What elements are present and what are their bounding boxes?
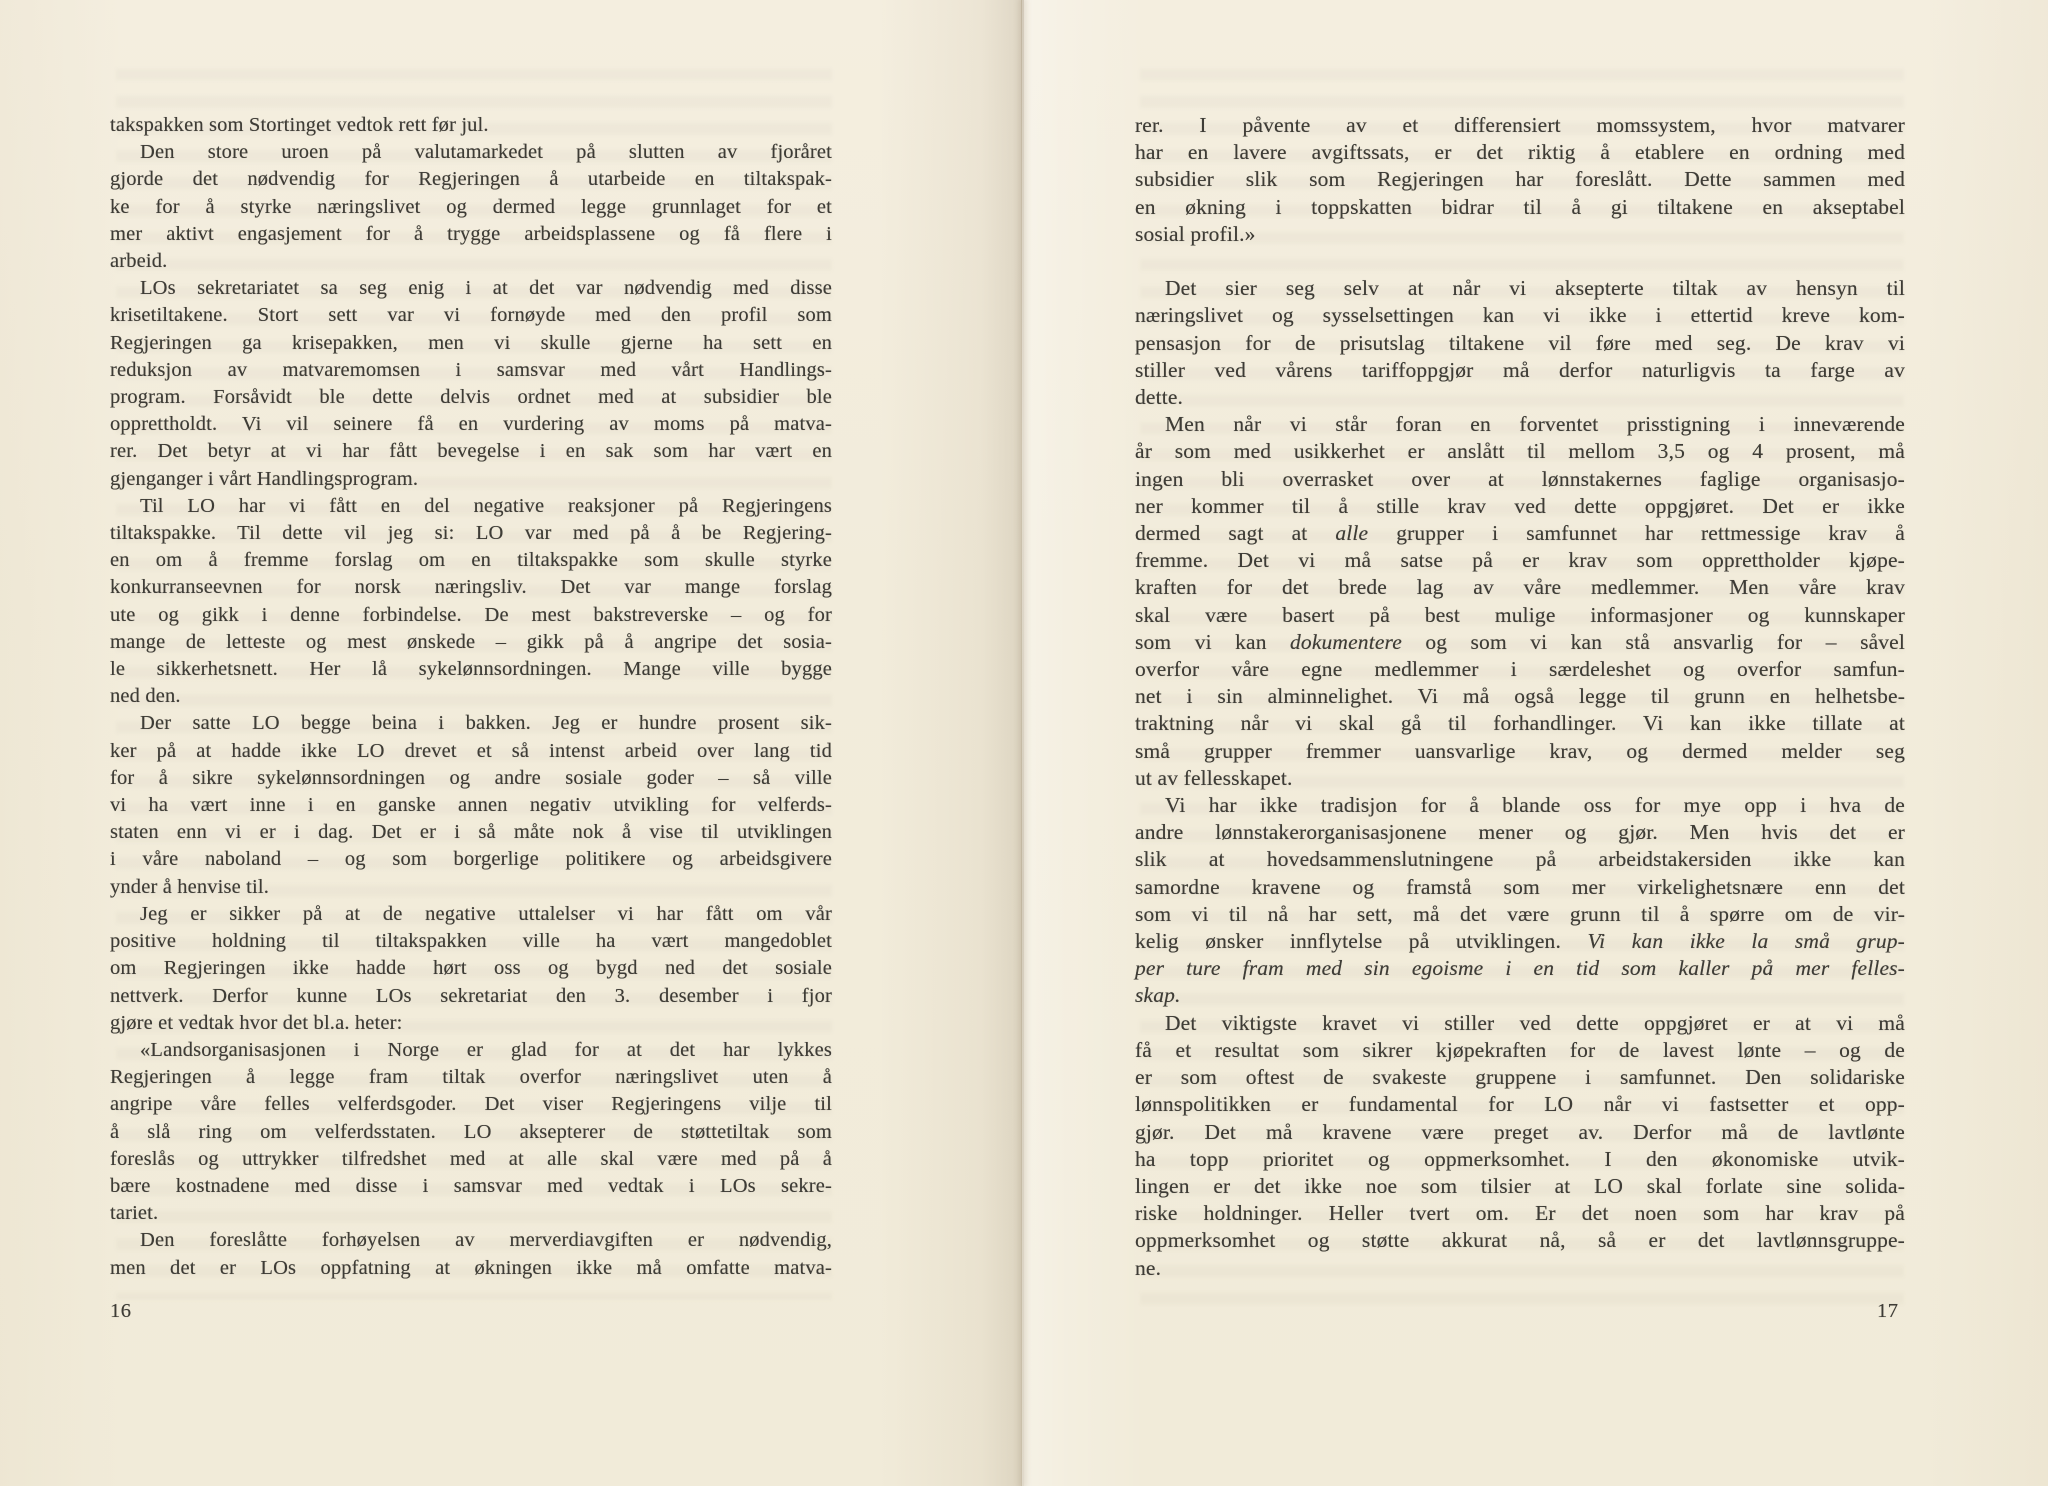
text-line: få et resultat som sikrer kjøpekraften f… [1135,1037,1905,1064]
text-line: per ture fram med sin egoisme i en tid s… [1135,955,1905,982]
text-line: subsidier slik som Regjeringen har fores… [1135,166,1905,193]
text-segment: lønnspolitikken er fundamental for LO nå… [1135,1092,1905,1116]
text-line: LOs sekretariatet sa seg enig i at det v… [110,275,832,302]
text-segment: traktning når vi skal gå til forhandling… [1135,711,1905,735]
text-line: ut av fellesskapet. [1135,765,1905,792]
text-segment: rer. Det betyr at vi har fått bevegelse … [110,440,832,462]
text-segment: kelig ønsker innflytelse på utviklingen. [1135,929,1587,953]
text-line: gjør. Det må kravene være preget av. Der… [1135,1119,1905,1146]
text-column-left: takspakken som Stortinget vedtok rett fø… [110,112,832,1282]
page-number-left: 16 [110,1300,132,1323]
page-right: rer. I påvente av et differensiert momss… [1022,0,2048,1486]
text-segment: staten enn vi er i dag. Det er i så måte… [110,821,832,843]
text-line: Vi har ikke tradisjon for å blande oss f… [1135,792,1905,819]
text-segment: Til LO har vi fått en del negative reaks… [140,495,832,517]
text-segment: «Landsorganisasjonen i Norge er glad for… [140,1039,832,1061]
text-line: kelig ønsker innflytelse på utviklingen.… [1135,928,1905,955]
text-segment: ke for å styrke næringslivet og dermed l… [110,196,832,218]
text-line: sosial profil.» [1135,221,1905,248]
text-segment: Det viktigste kravet vi stiller ved dett… [1165,1011,1905,1035]
text-segment: le sikkerhetsnett. Her lå sykelønnsordni… [110,658,832,680]
text-line: ne. [1135,1255,1905,1282]
text-segment: en om å fremme forslag om en tiltakspakk… [110,549,832,571]
text-line: skal være basert på best mulige informas… [1135,602,1905,629]
text-segment: Det sier seg selv at når vi aksepterte t… [1165,276,1905,300]
gutter-crease [1021,0,1024,1486]
text-line: ha topp prioritet og oppmerksomhet. I de… [1135,1146,1905,1173]
text-line: positive holdning til tiltakspakken vill… [110,928,832,955]
text-segment: konkurranseevnen for norsk næringsliv. D… [110,576,832,598]
text-segment: samordne kravene og framstå som mer virk… [1135,875,1905,899]
text-segment: sosial profil.» [1135,222,1256,246]
italic-text-segment: Vi kan ikke la små grup- [1587,929,1905,953]
text-line: tiltakspakke. Til dette vil jeg si: LO v… [110,520,832,547]
text-segment: oppmerksomhet og støtte akkurat nå, så e… [1135,1228,1905,1252]
text-line: ingen bli overrasket over at lønnstakern… [1135,466,1905,493]
text-line: oppmerksomhet og støtte akkurat nå, så e… [1135,1227,1905,1254]
text-line: fremme. Det vi må satse på er krav som o… [1135,547,1905,574]
page-number-right: 17 [1877,1300,1899,1323]
text-segment: positive holdning til tiltakspakken vill… [110,930,832,952]
text-line: bære kostnadene med disse i samsvar med … [110,1173,832,1200]
text-column-right: rer. I påvente av et differensiert momss… [1135,112,1905,1282]
text-segment: program. Forsåvidt ble dette delvis ordn… [110,386,832,408]
text-line: stiller ved vårens tariffoppgjør må derf… [1135,357,1905,384]
text-line: Der satte LO begge beina i bakken. Jeg e… [110,710,832,737]
text-segment: men det er LOs oppfatning at økningen ik… [110,1257,832,1279]
text-line: ute og gikk i denne forbindelse. De mest… [110,602,832,629]
text-segment: ingen bli overrasket over at lønnstakern… [1135,467,1905,491]
text-segment: ned den. [110,685,181,707]
text-line: reduksjon av matvaremomsen i samsvar med… [110,357,832,384]
text-segment: ut av fellesskapet. [1135,766,1292,790]
text-line: en økning i toppskatten bidrar til å gi … [1135,194,1905,221]
text-line: om Regjeringen ikke hadde hørt oss og by… [110,955,832,982]
text-line: lingen er det ikke noe som tilsier at LO… [1135,1173,1905,1200]
text-line: Det sier seg selv at når vi aksepterte t… [1135,275,1905,302]
text-segment: som vi kan [1135,630,1290,654]
text-segment: riske holdninger. Heller tvert om. Er de… [1135,1201,1905,1225]
text-line: Den foreslåtte forhøyelsen av merverdiav… [110,1227,832,1254]
text-segment: mer aktivt engasjement for å trygge arbe… [110,223,832,245]
text-line: mer aktivt engasjement for å trygge arbe… [110,221,832,248]
text-line: «Landsorganisasjonen i Norge er glad for… [110,1037,832,1064]
text-line: Det viktigste kravet vi stiller ved dett… [1135,1010,1905,1037]
text-segment: slik at hovedsammenslutningene på arbeid… [1135,847,1905,871]
text-segment: pensasjon for de prisutslag tiltakene vi… [1135,331,1905,355]
text-line: tariet. [110,1200,832,1227]
text-segment: næringslivet og sysselsettingen kan vi i… [1135,303,1905,327]
book-spread-scan: takspakken som Stortinget vedtok rett fø… [0,0,2048,1486]
text-segment: skal være basert på best mulige informas… [1135,603,1905,627]
text-line: Til LO har vi fått en del negative reaks… [110,493,832,520]
text-line: små grupper fremmer uansvarlige krav, og… [1135,738,1905,765]
text-line: har en lavere avgiftssats, er det riktig… [1135,139,1905,166]
text-line: som vi til nå har sett, må det være grun… [1135,901,1905,928]
text-line: Men når vi står foran en forventet priss… [1135,411,1905,438]
text-segment: er som oftest de svakeste gruppene i sam… [1135,1065,1905,1089]
text-line: nettverk. Derfor kunne LOs sekretariat d… [110,983,832,1010]
text-segment: en økning i toppskatten bidrar til å gi … [1135,195,1905,219]
text-line: men det er LOs oppfatning at økningen ik… [110,1255,832,1282]
text-line: takspakken som Stortinget vedtok rett fø… [110,112,832,139]
text-segment: subsidier slik som Regjeringen har fores… [1135,167,1905,191]
text-line: rer. Det betyr at vi har fått bevegelse … [110,438,832,465]
text-line: ner kommer til å stille krav ved dette o… [1135,493,1905,520]
text-segment: ker på at hadde ikke LO drevet et så int… [110,740,832,762]
text-line: samordne kravene og framstå som mer virk… [1135,874,1905,901]
text-line: konkurranseevnen for norsk næringsliv. D… [110,574,832,601]
text-segment: Regjeringen ga krisepakken, men vi skull… [110,332,832,354]
text-line: som vi kan dokumentere og som vi kan stå… [1135,629,1905,656]
text-line: le sikkerhetsnett. Her lå sykelønnsordni… [110,656,832,683]
text-line: net i sin alminnelighet. Vi må også legg… [1135,683,1905,710]
text-line: for å sikre sykelønnsordningen og andre … [110,765,832,792]
text-line: dermed sagt at alle grupper i samfunnet … [1135,520,1905,547]
text-segment: angripe våre felles velferdsgoder. Det v… [110,1093,832,1115]
text-segment: år som med usikkerhet er anslått til mel… [1135,439,1905,463]
text-segment: tiltakspakke. Til dette vil jeg si: LO v… [110,522,832,544]
text-segment: Jeg er sikker på at de negative uttalels… [140,903,832,925]
text-line: andre lønnstakerorganisasjonene mener og… [1135,819,1905,846]
text-segment: for å sikre sykelønnsordningen og andre … [110,767,832,789]
text-segment: ner kommer til å stille krav ved dette o… [1135,494,1905,518]
text-line: traktning når vi skal gå til forhandling… [1135,710,1905,737]
italic-text-segment: alle [1335,521,1368,545]
text-segment: å slå ring om velferdsstaten. LO aksepte… [110,1121,832,1143]
text-line: slik at hovedsammenslutningene på arbeid… [1135,846,1905,873]
text-line: angripe våre felles velferdsgoder. Det v… [110,1091,832,1118]
text-line: Regjeringen ga krisepakken, men vi skull… [110,330,832,357]
text-line: vi ha vært inne i en ganske annen negati… [110,792,832,819]
text-segment: gjør. Det må kravene være preget av. Der… [1135,1120,1905,1144]
text-segment: Den foreslåtte forhøyelsen av merverdiav… [140,1229,832,1251]
text-line: å slå ring om velferdsstaten. LO aksepte… [110,1119,832,1146]
text-segment: Regjeringen å legge fram tiltak overfor … [110,1066,832,1088]
text-line: gjorde det nødvendig for Regjeringen å u… [110,166,832,193]
text-segment: Den store uroen på valutamarkedet på slu… [140,141,832,163]
text-segment: overfor våre egne medlemmer i særdeleshe… [1135,657,1905,681]
text-segment: dermed sagt at [1135,521,1335,545]
text-segment: ha topp prioritet og oppmerksomhet. I de… [1135,1147,1905,1171]
text-segment: ne. [1135,1256,1161,1280]
text-segment: vi ha vært inne i en ganske annen negati… [110,794,832,816]
text-segment: andre lønnstakerorganisasjonene mener og… [1135,820,1905,844]
text-segment: lingen er det ikke noe som tilsier at LO… [1135,1174,1905,1198]
text-segment: Men når vi står foran en forventet priss… [1165,412,1905,436]
text-segment: gjøre et vedtak hvor det bl.a. heter: [110,1012,402,1034]
text-segment: opprettholdt. Vi vil seinere få en vurde… [110,413,832,435]
text-segment: LOs sekretariatet sa seg enig i at det v… [140,277,832,299]
text-line: dette. [1135,384,1905,411]
text-segment: net i sin alminnelighet. Vi må også legg… [1135,684,1905,708]
text-segment: ynder å henvise til. [110,876,269,898]
text-segment: fremme. Det vi må satse på er krav som o… [1135,548,1905,572]
text-line: gjenganger i vårt Handlingsprogram. [110,466,832,493]
text-segment: mange de letteste og mest ønskede – gikk… [110,631,832,653]
text-line: ynder å henvise til. [110,874,832,901]
text-segment: gjorde det nødvendig for Regjeringen å u… [110,168,832,190]
text-line: opprettholdt. Vi vil seinere få en vurde… [110,411,832,438]
text-segment: kraften for det brede lag av våre medlem… [1135,575,1905,599]
text-segment: og som vi kan stå ansvarlig for – såvel [1402,630,1905,654]
text-segment: få et resultat som sikrer kjøpekraften f… [1135,1038,1905,1062]
text-line: lønnspolitikken er fundamental for LO nå… [1135,1091,1905,1118]
text-line: Regjeringen å legge fram tiltak overfor … [110,1064,832,1091]
page-left: takspakken som Stortinget vedtok rett fø… [0,0,1022,1486]
text-line: er som oftest de svakeste gruppene i sam… [1135,1064,1905,1091]
text-segment: gjenganger i vårt Handlingsprogram. [110,468,418,490]
text-line: foreslås og uttrykker tilfredshet med at… [110,1146,832,1173]
text-line: staten enn vi er i dag. Det er i så måte… [110,819,832,846]
text-segment: arbeid. [110,250,167,272]
text-line: arbeid. [110,248,832,275]
text-line: overfor våre egne medlemmer i særdeleshe… [1135,656,1905,683]
text-segment: har en lavere avgiftssats, er det riktig… [1135,140,1905,164]
text-segment: som vi til nå har sett, må det være grun… [1135,902,1905,926]
text-line: program. Forsåvidt ble dette delvis ordn… [110,384,832,411]
text-line: rer. I påvente av et differensiert momss… [1135,112,1905,139]
text-segment: foreslås og uttrykker tilfredshet med at… [110,1148,832,1170]
text-segment: grupper i samfunnet har rettmessige krav… [1368,521,1905,545]
text-line: gjøre et vedtak hvor det bl.a. heter: [110,1010,832,1037]
text-line: ned den. [110,683,832,710]
text-line: Jeg er sikker på at de negative uttalels… [110,901,832,928]
text-line: i våre naboland – og som borgerlige poli… [110,846,832,873]
text-line: ker på at hadde ikke LO drevet et så int… [110,738,832,765]
text-segment: stiller ved vårens tariffoppgjør må derf… [1135,358,1905,382]
text-line: pensasjon for de prisutslag tiltakene vi… [1135,330,1905,357]
text-line: ke for å styrke næringslivet og dermed l… [110,194,832,221]
text-segment: krisetiltakene. Stort sett var vi fornøy… [110,304,832,326]
text-segment: reduksjon av matvaremomsen i samsvar med… [110,359,832,381]
text-line: riske holdninger. Heller tvert om. Er de… [1135,1200,1905,1227]
text-segment: Vi har ikke tradisjon for å blande oss f… [1165,793,1905,817]
italic-text-segment: skap. [1135,983,1181,1007]
text-segment: ute og gikk i denne forbindelse. De mest… [110,604,832,626]
text-segment: små grupper fremmer uansvarlige krav, og… [1135,739,1905,763]
text-segment: Der satte LO begge beina i bakken. Jeg e… [140,712,832,734]
italic-text-segment: dokumentere [1290,630,1402,654]
text-segment: rer. I påvente av et differensiert momss… [1135,113,1905,137]
text-segment: dette. [1135,385,1183,409]
text-segment: takspakken som Stortinget vedtok rett fø… [110,114,489,136]
text-line: næringslivet og sysselsettingen kan vi i… [1135,302,1905,329]
text-line: skap. [1135,982,1905,1009]
text-line: krisetiltakene. Stort sett var vi fornøy… [110,302,832,329]
italic-text-segment: per ture fram med sin egoisme i en tid s… [1135,956,1905,980]
text-segment: tariet. [110,1202,158,1224]
text-line: kraften for det brede lag av våre medlem… [1135,574,1905,601]
text-line: Den store uroen på valutamarkedet på slu… [110,139,832,166]
text-line: mange de letteste og mest ønskede – gikk… [110,629,832,656]
text-line: år som med usikkerhet er anslått til mel… [1135,438,1905,465]
text-segment: i våre naboland – og som borgerlige poli… [110,848,832,870]
text-segment: om Regjeringen ikke hadde hørt oss og by… [110,957,832,979]
text-segment: bære kostnadene med disse i samsvar med … [110,1175,832,1197]
text-segment: nettverk. Derfor kunne LOs sekretariat d… [110,985,832,1007]
text-line: en om å fremme forslag om en tiltakspakk… [110,547,832,574]
